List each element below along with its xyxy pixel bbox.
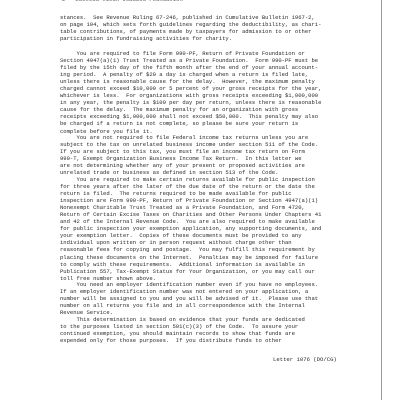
- text-line: Publication 557, Tax-Exempt Status for Y…: [60, 268, 360, 275]
- text-line: cause for the delay. The maximum penalty…: [60, 106, 360, 113]
- text-line: individual upon written or in person req…: [60, 239, 360, 246]
- text-line: return is filed. The returns required to…: [60, 190, 360, 197]
- text-line: table contributions, of payments made by…: [60, 28, 360, 35]
- text-line: receipts exceeding $1,000,000 shall not …: [60, 113, 360, 120]
- text-line: whichever is less. For organizations wit…: [60, 92, 360, 99]
- text-line: You are not required to file Federal inc…: [60, 134, 360, 141]
- text-line: Return of Certain Excise Taxes on Charit…: [60, 211, 360, 218]
- text-line: continued exemption, you should maintain…: [60, 330, 360, 337]
- text-line: are not determining whether any of your …: [60, 162, 360, 169]
- scanned-letter-page: 2 Edsteid Vieux Isaumed Foundation stanc…: [0, 0, 400, 400]
- text-line: participation in fundraising activities …: [60, 35, 360, 42]
- text-line: your exemption letter. Copies of these d…: [60, 232, 360, 239]
- text-line: in any year, the penalty is $100 per day…: [60, 99, 360, 106]
- paragraph-fundraising: stances. See Revenue Ruling 67-246, publ…: [60, 14, 360, 42]
- text-line: ing period. A penalty of $20 a day is ch…: [60, 71, 360, 78]
- text-line: filed by the 15th day of the fifth month…: [60, 64, 360, 71]
- text-line: be charged if a return is not complete, …: [60, 120, 360, 127]
- text-line: and 42 of the Internal Revenue Code. You…: [60, 218, 360, 225]
- text-line: You need an employer identification numb…: [60, 281, 360, 288]
- text-line: expended only for those purposes. If you…: [60, 337, 360, 344]
- text-line: stances. See Revenue Ruling 67-246, publ…: [60, 14, 360, 21]
- paragraph-public-inspection: You are required to make certain returns…: [60, 176, 360, 282]
- text-line: to the purposes listed in section 501(c)…: [60, 323, 360, 330]
- page-header-cut: 2 Edsteid Vieux Isaumed Foundation: [62, 0, 183, 3]
- text-line: 990-T, Exempt Organization Business Inco…: [60, 155, 360, 162]
- text-line: This determination is based on evidence …: [60, 316, 360, 323]
- text-line: to comply with these requirements. Addit…: [60, 261, 360, 268]
- paragraph-determination: This determination is based on evidence …: [60, 316, 360, 344]
- scan-edge-line: [381, 0, 382, 400]
- text-line: number will be assigned to you and you w…: [60, 295, 360, 302]
- text-line: reasonable fees for copying and postage.…: [60, 246, 360, 253]
- paragraph-form-990pf: You are required to file Form 990-PF, Re…: [60, 50, 360, 135]
- text-line: inspection are Form 990-PF, Return of Pr…: [60, 197, 360, 204]
- text-line: subject to the tax on unrelated business…: [60, 141, 360, 148]
- text-line: on page 104, which sets forth guidelines…: [60, 21, 360, 28]
- text-line: unless there is reasonable cause for the…: [60, 78, 360, 85]
- paragraph-ein: You need an employer identification numb…: [60, 281, 360, 316]
- text-line: You are required to file Form 990-PF, Re…: [60, 50, 360, 57]
- text-line: number on all returns you file and in al…: [60, 302, 360, 309]
- text-line: Nonexempt Charitable Trust Treated as a …: [60, 204, 360, 211]
- text-line: If an employer identification number was…: [60, 288, 360, 295]
- text-line: for public inspection your exemption app…: [60, 225, 360, 232]
- paragraph-income-tax: You are not required to file Federal inc…: [60, 134, 360, 176]
- text-line: placing these documents on the Internet.…: [60, 254, 360, 261]
- letter-footer-code: Letter 1076 (DO/CG): [273, 356, 337, 363]
- text-line: for three years after the later of the d…: [60, 183, 360, 190]
- text-line: If you are subject to this tax, you must…: [60, 148, 360, 155]
- text-line: charged cannot exceed $10,000 or 5 perce…: [60, 85, 360, 92]
- text-line: You are required to make certain returns…: [60, 176, 360, 183]
- text-line: Section 4947(a)(1) Trust Treated as a Pr…: [60, 57, 360, 64]
